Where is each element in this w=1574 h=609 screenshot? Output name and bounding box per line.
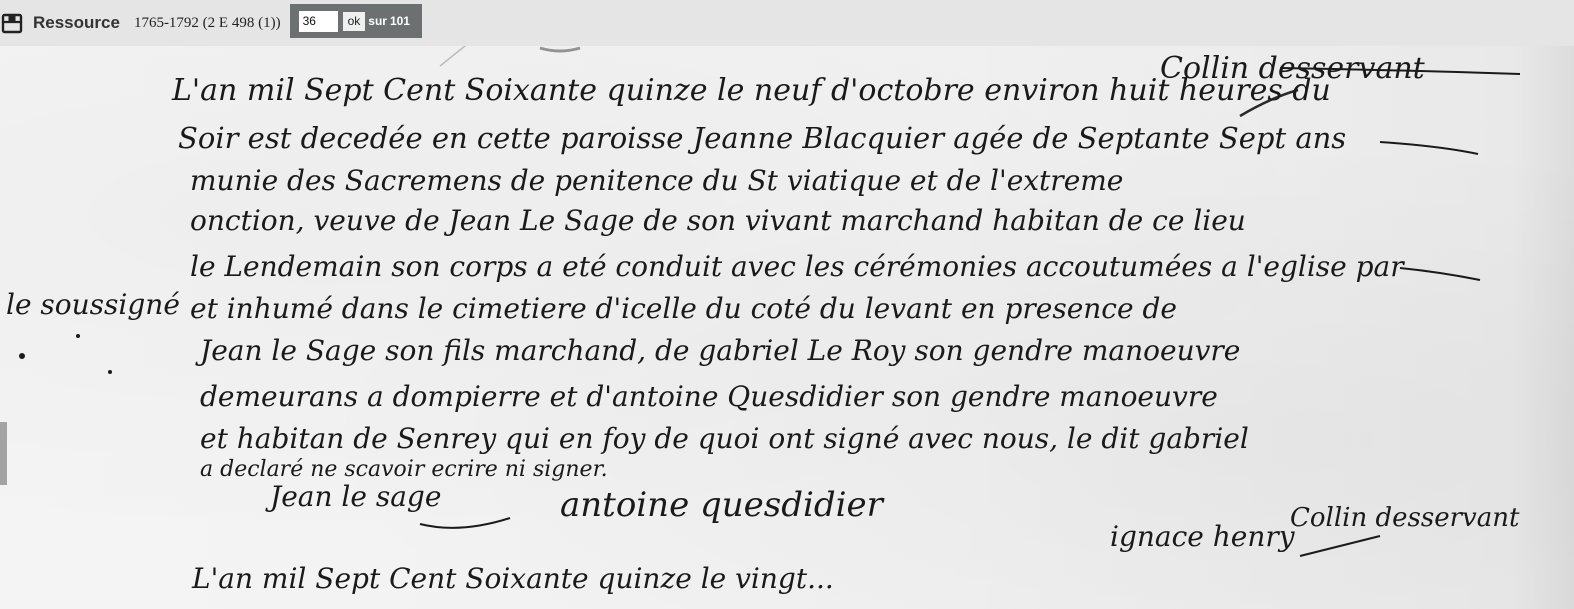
entry-line: L'an mil Sept Cent Soixante quinze le ne…	[171, 73, 1331, 108]
page-navigator: ok sur 101	[290, 4, 422, 38]
entry-line: demeurans a dompierre et d'antoine Quesd…	[200, 380, 1218, 413]
go-to-page-button[interactable]: ok	[343, 12, 366, 31]
entry-line: le Lendemain son corps a eté conduit ave…	[190, 250, 1405, 283]
entry-line: Soir est decedée en cette paroisse Jeann…	[178, 121, 1346, 155]
page-total-label: sur	[368, 14, 387, 28]
resource-toolbar: Ressource 1765-1792 (2 E 498 (1)) ok sur…	[0, 0, 1574, 46]
page-total-count: 101	[390, 14, 410, 28]
scanned-page-image[interactable]: Collin desservant L'an mil Sept Cent Soi…	[0, 46, 1574, 609]
handwriting-layer: Collin desservant L'an mil Sept Cent Soi…	[0, 46, 1574, 609]
signature: ignace henry	[1110, 520, 1296, 553]
next-entry-line: L'an mil Sept Cent Soixante quinze le vi…	[191, 562, 834, 595]
entry-line: et inhumé dans le cimetiere d'icelle du …	[190, 292, 1177, 325]
signature: Collin desservant	[1290, 503, 1520, 533]
document-viewer: Ressource 1765-1792 (2 E 498 (1)) ok sur…	[0, 0, 1574, 609]
resource-title: Ressource	[33, 13, 120, 33]
entry-line: munie des Sacremens de penitence du St v…	[190, 164, 1123, 197]
signature: Jean le sage	[265, 480, 441, 513]
margin-note: le soussigné	[6, 288, 180, 321]
signature: antoine quesdidier	[560, 485, 885, 525]
page-number-input[interactable]	[299, 11, 338, 32]
entry-line: onction, veuve de Jean Le Sage de son vi…	[190, 204, 1246, 237]
archive-box-icon	[1, 12, 23, 34]
resource-subtitle: 1765-1792 (2 E 498 (1))	[134, 15, 281, 32]
entry-line: Jean le Sage son fils marchand, de gabri…	[195, 334, 1240, 367]
entry-line: et habitan de Senrey qui en foy de quoi …	[200, 422, 1249, 455]
side-panel-toggle[interactable]	[0, 422, 7, 485]
entry-line: a declaré ne scavoir ecrire ni signer.	[200, 457, 608, 482]
